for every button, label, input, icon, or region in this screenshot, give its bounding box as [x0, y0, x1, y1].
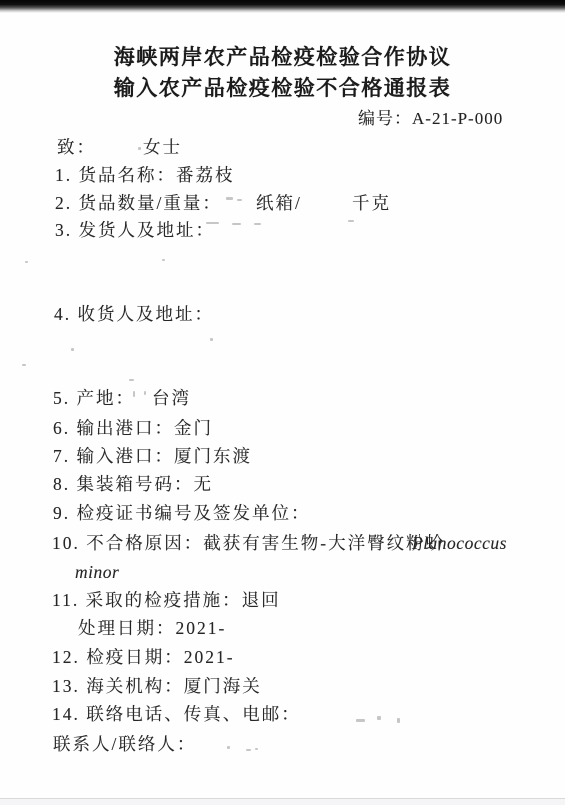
quantity-unit-kg: 千克 — [352, 192, 391, 214]
scan-speck — [25, 261, 28, 263]
redaction-smudge — [254, 223, 261, 225]
pest-latin-name-part2: minor — [75, 561, 565, 583]
quantity-unit-cartons: 纸箱/ — [256, 192, 302, 214]
field-export-port: 6. 输出港口：金门 — [53, 417, 565, 439]
scan-top-shadow — [0, 0, 565, 13]
origin-label: 5. 产地： — [53, 387, 135, 409]
redaction-smudge — [138, 147, 141, 150]
salutation-label: 致： — [57, 136, 96, 158]
field-customs-agency: 13. 海关机构：厦门海关 — [52, 675, 565, 697]
salutation-value: 女士 — [143, 136, 182, 158]
scan-speck — [22, 364, 26, 366]
field-container-number: 8. 集装箱号码：无 — [53, 473, 565, 495]
redaction-smudge — [377, 716, 381, 720]
form-serial-number: 编号：A-21-P-000 — [358, 104, 503, 129]
quantity-weight-label: 2. 货品数量/重量： — [55, 192, 222, 214]
redaction-smudge — [397, 718, 400, 723]
field-contact-info: 14. 联络电话、传真、电邮： — [52, 703, 565, 725]
field-processing-date: 处理日期：2021- — [78, 617, 565, 639]
field-product-name: 1. 货品名称：番荔枝 — [55, 164, 565, 186]
redaction-smudge — [237, 199, 242, 201]
redaction-smudge — [246, 749, 251, 751]
doc-title-line2: 输入农产品检疫检验不合格通报表 — [0, 72, 565, 102]
scanned-document-page: 海峡两岸农产品检疫检验合作协议 输入农产品检疫检验不合格通报表 编号：A-21-… — [0, 0, 565, 805]
field-shipper-address: 3. 发货人及地址： — [55, 219, 565, 241]
doc-title-line1: 海峡两岸农产品检疫检验合作协议 — [0, 41, 565, 71]
redaction-smudge — [144, 391, 146, 395]
field-import-port: 7. 输入港口：厦门东渡 — [53, 445, 565, 467]
redaction-smudge — [227, 746, 230, 749]
redaction-smudge — [348, 220, 354, 222]
field-consignee-address: 4. 收货人及地址： — [54, 303, 565, 325]
scan-speck — [210, 338, 213, 341]
redaction-smudge — [133, 391, 135, 397]
redaction-smudge — [356, 719, 365, 722]
field-contact-person: 联系人/联络人： — [53, 733, 565, 755]
origin-value: 台湾 — [152, 387, 191, 409]
scan-speck — [129, 379, 134, 381]
scan-bottom-strip — [0, 799, 565, 805]
failure-reason-text: 10. 不合格原因：截获有害生物-大洋臀纹粉蚧 — [52, 532, 445, 554]
scan-speck — [71, 348, 74, 351]
redaction-smudge — [226, 197, 233, 200]
field-quarantine-date: 12. 检疫日期：2021- — [52, 646, 565, 668]
redaction-smudge — [232, 223, 241, 225]
redaction-smudge — [206, 222, 219, 224]
field-quarantine-measures: 11. 采取的检疫措施：退回 — [52, 589, 565, 611]
field-certificate-number: 9. 检疫证书编号及签发单位： — [53, 502, 565, 524]
redaction-smudge — [255, 748, 258, 750]
pest-latin-name-part1: Planococcus — [412, 532, 507, 554]
scan-speck — [162, 259, 165, 261]
